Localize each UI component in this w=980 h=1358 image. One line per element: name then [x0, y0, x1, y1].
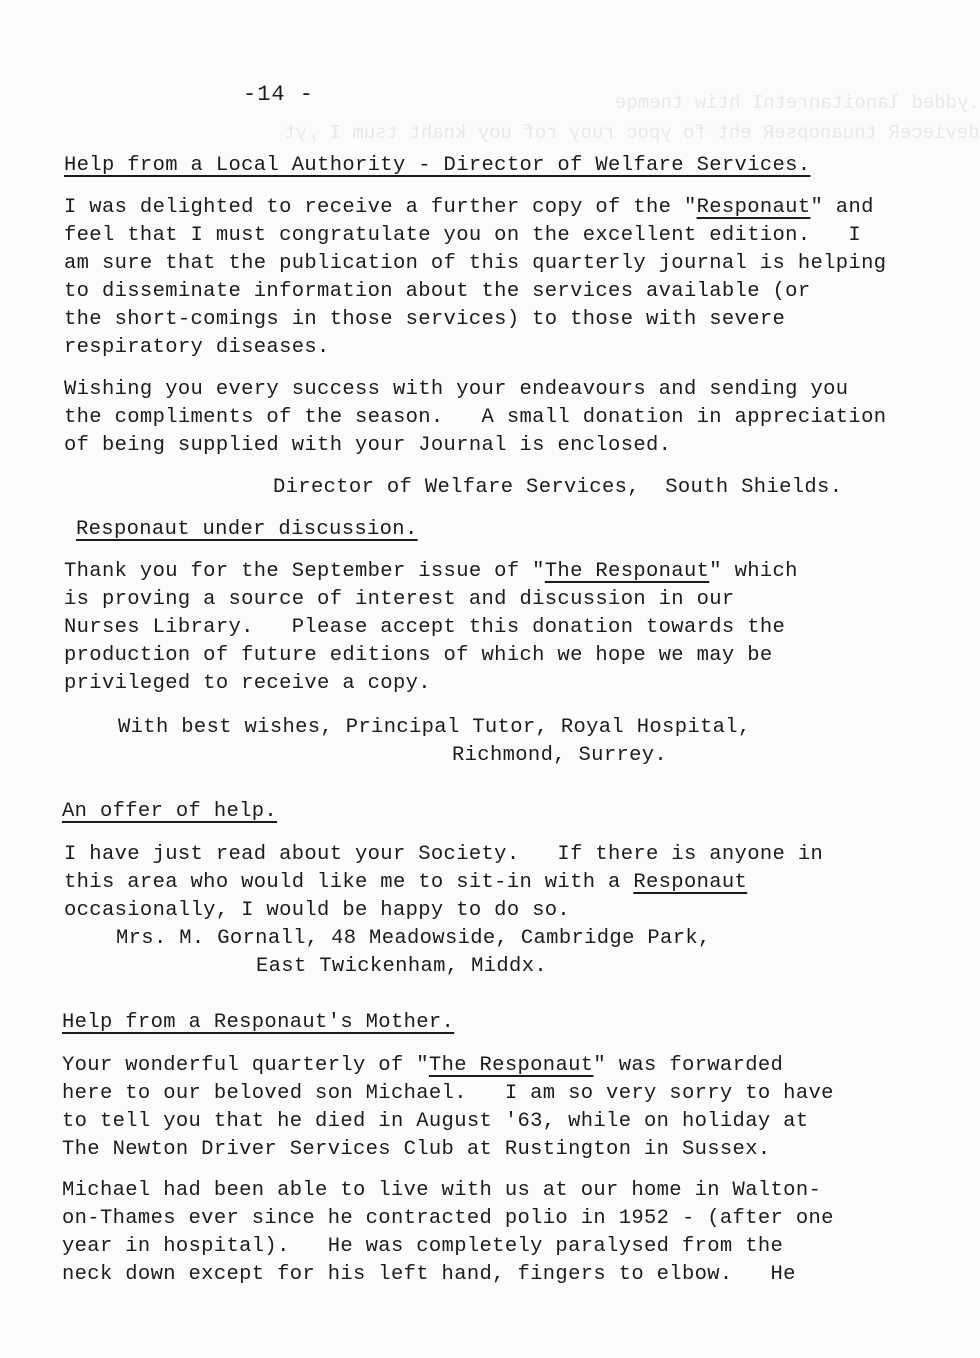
page-number: -14 -	[243, 82, 314, 107]
text-run: " was forwarded	[593, 1054, 783, 1077]
paragraph-line: neck down except for his left hand, fing…	[62, 1261, 796, 1289]
paragraph-line: the short-comings in those services) to …	[64, 306, 785, 334]
signature-line: Director of Welfare Services, South Shie…	[273, 474, 842, 502]
signature-line: Mrs. M. Gornall, 48 Meadowside, Cambridg…	[116, 925, 711, 953]
document-page: .ydded lanoitanretnI htiw tnemqe deviece…	[0, 0, 980, 1358]
paragraph-line: on-Thames ever since he contracted polio…	[62, 1205, 834, 1233]
paragraph-line: occasionally, I would be happy to do so.	[64, 897, 570, 925]
paragraph-line: Wishing you every success with your ende…	[64, 376, 848, 404]
paragraph-line: is proving a source of interest and disc…	[64, 586, 735, 614]
paragraph-line: I was delighted to receive a further cop…	[64, 194, 874, 222]
paragraph-line: Thank you for the September issue of "Th…	[64, 558, 798, 586]
underlined-title: The Responaut	[545, 560, 709, 583]
paragraph-line: year in hospital). He was completely par…	[62, 1233, 783, 1261]
paragraph-line: here to our beloved son Michael. I am so…	[62, 1080, 834, 1108]
underlined-title: Responaut	[697, 196, 811, 219]
text-run: Your wonderful quarterly of "	[62, 1054, 429, 1077]
signature-line: Richmond, Surrey.	[452, 742, 667, 770]
bleed-through-text: devieceR tnuanopseR eht fo ypoc ruoy rof…	[284, 122, 980, 144]
section-heading-under-discussion: Responaut under discussion.	[76, 516, 418, 544]
section-heading-offer-of-help: An offer of help.	[62, 798, 277, 826]
paragraph-line: Michael had been able to live with us at…	[62, 1177, 821, 1205]
paragraph-line: this area who would like me to sit-in wi…	[64, 869, 747, 897]
underlined-title: The Responaut	[429, 1054, 593, 1077]
paragraph-line: to tell you that he died in August '63, …	[62, 1108, 808, 1136]
paragraph-line: the compliments of the season. A small d…	[64, 404, 886, 432]
paragraph-line: of being supplied with your Journal is e…	[64, 432, 671, 460]
paragraph-line: The Newton Driver Services Club at Rusti…	[62, 1136, 771, 1164]
section-heading-local-authority: Help from a Local Authority - Director o…	[64, 152, 810, 180]
paragraph-line: Nurses Library. Please accept this donat…	[64, 614, 785, 642]
signature-line: With best wishes, Principal Tutor, Royal…	[118, 714, 751, 742]
bleed-through-text: .ydded lanoitanretnI htiw tnemqe	[615, 92, 980, 114]
text-run: Thank you for the September issue of "	[64, 560, 545, 583]
paragraph-line: production of future editions of which w…	[64, 642, 773, 670]
paragraph-line: Your wonderful quarterly of "The Respona…	[62, 1052, 783, 1080]
paragraph-line: to disseminate information about the ser…	[64, 278, 810, 306]
text-run: I was delighted to receive a further cop…	[64, 196, 697, 219]
paragraph-line: feel that I must congratulate you on the…	[64, 222, 861, 250]
section-heading-mother: Help from a Responaut's Mother.	[62, 1009, 454, 1037]
signature-line: East Twickenham, Middx.	[256, 953, 547, 981]
text-run: " and	[810, 196, 873, 219]
underlined-title: Responaut	[633, 871, 747, 894]
text-run: " which	[709, 560, 798, 583]
paragraph-line: respiratory diseases.	[64, 334, 330, 362]
text-run: this area who would like me to sit-in wi…	[64, 871, 633, 894]
paragraph-line: am sure that the publication of this qua…	[64, 250, 886, 278]
paragraph-line: I have just read about your Society. If …	[64, 841, 823, 869]
paragraph-line: privileged to receive a copy.	[64, 670, 431, 698]
